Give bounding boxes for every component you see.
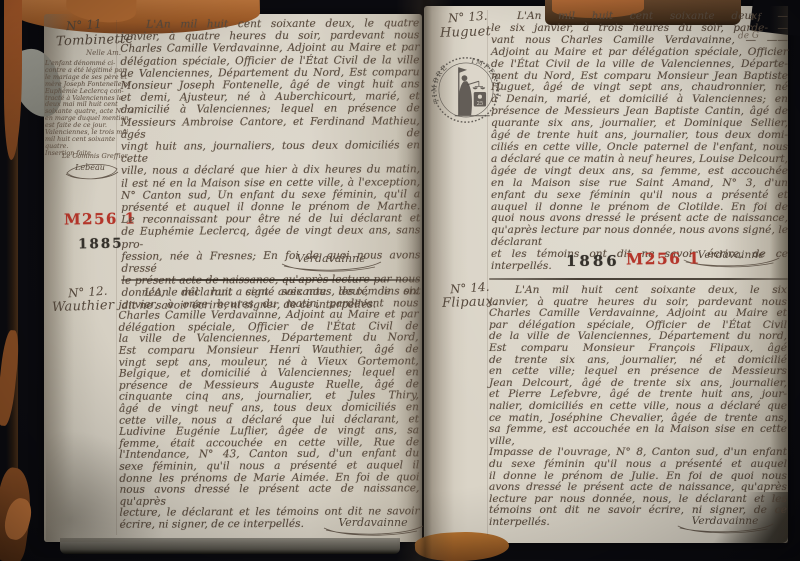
book-cover-leather-fragment [4,0,22,160]
manuscript-line: a déclaré que ce matin à neuf heures, Lo… [491,154,788,166]
signature-text: Lebeau [74,163,105,172]
manuscript-line: âgée de vingt deux ans, sa femme, est ac… [491,166,788,178]
signature-text: Verdavainne [698,249,765,261]
entry-separator-right [489,278,788,280]
manuscript-line: Charles Camille Verdavainne, Adjoint au … [120,42,419,56]
manuscript-line: en la Maison sise rue Saint Amand, N° 3,… [491,178,788,190]
manuscript-line: L'An mil huit cent soixante deux, le six [489,285,787,297]
manuscript-line: Messieurs Ambroise Cantore, et Ferdinand… [121,115,420,141]
manuscript-line: Est comparu Monsieur François Flipaux, â… [489,343,787,355]
entry-12-signature: Verdavainne [318,514,430,538]
year-stamp-1886: 1886 [566,252,620,270]
manuscript-line: domicilié à Valenciennes; lequel en prés… [121,103,420,117]
manuscript-line: enfant du sexe féminin qu'il nous a prés… [491,190,788,202]
year-stamp-1885: 1885 [78,236,124,253]
imperial-timbre-seal: TIMBRE IMPERIAL 25 [432,56,500,124]
signature-text: Verdavainne [338,516,408,529]
margin-note-signature: Lebeau [54,158,126,184]
signature-text: Verdavainne [692,515,759,527]
entry-12-name: Wauthier [52,298,115,315]
manuscript-line: avons dressé le présent acte de naissanc… [489,482,787,494]
entry-13-name: Huguet [440,24,492,41]
entry-14-signature: Verdavainne [672,512,780,536]
manuscript-line: vingt huit ans, journaliers, tous deux d… [121,139,420,165]
manuscript-line: en cette ville; lequel en présence de Me… [489,366,787,378]
archive-code-stamp-right: M256 1 [626,248,701,268]
entry-12-text: L'An mil huit cent soixante deux, le six… [118,286,419,531]
entry-11-number: N° 11 [66,17,102,33]
entry-separator-left [121,279,420,281]
seal-allegory-figure: 25 [455,67,490,115]
signature-text: Verdavainne [296,252,366,265]
manuscript-line: sa femme, est accouchée en la Maison sis… [489,424,787,447]
manuscript-line: de Euphémie Leclercq, âgée de vingt deux… [121,225,420,251]
manuscript-line: ville, nous a déclaré que hier à dix heu… [121,164,420,178]
register-book-photo: N° 11 Tombinette Nelle Am. L'enfant déno… [0,0,800,561]
manuscript-line: de l'État Civil de la ville de Valencien… [491,59,788,71]
manuscript-line: vant nous Charles Camille Verdavainne, —… [491,35,788,47]
entry-11-signature: Verdavainne [276,250,388,274]
book-cover-leather-fragment [0,329,21,426]
book-cover-leather-fragment [0,466,36,561]
manuscript-line: du sexe féminin qu'il nous a présenté et… [489,459,787,471]
entry-14-text: L'An mil huit cent soixante deux, le six… [489,285,787,528]
manuscript-line: nalier, domiciliés en cette ville, nous … [489,401,787,413]
seal-value: 25 [477,101,484,107]
entry-13-number: N° 13. [448,9,488,26]
manuscript-line: Adjoint au Maire et par délégation spéci… [491,47,788,59]
book-spine-edge [0,0,18,561]
manuscript-line: nous avons dressé le présent acte de nai… [119,483,419,508]
book-cover-leather-fragment [1,496,34,543]
entry-11-subname: Nelle Am. [86,49,121,57]
entry-13-text: L'An mil huit cent soixante deux, —le si… [491,11,788,273]
